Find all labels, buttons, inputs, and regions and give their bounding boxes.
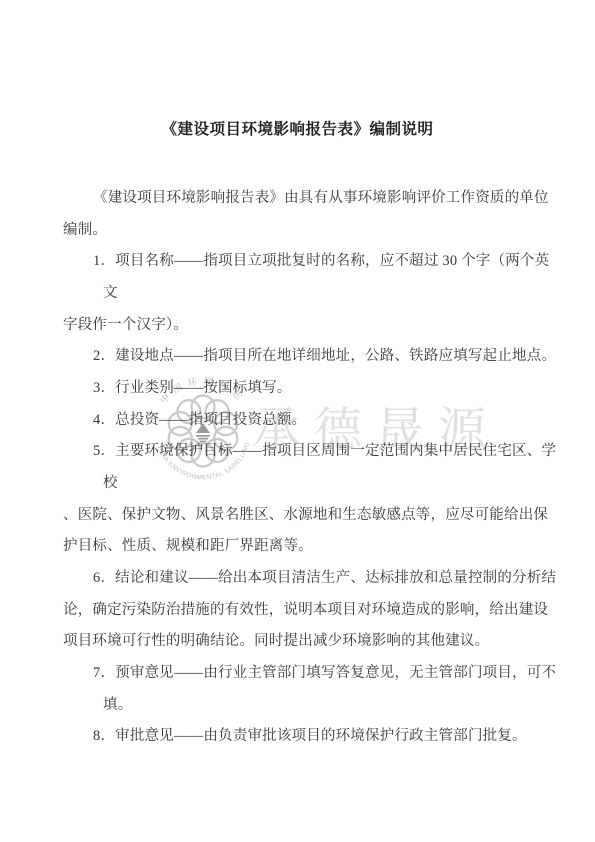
text-line: 填。 [63,690,533,722]
text-line: 论，确定污染防治措施的有效性，说明本项目对环境造成的影响，给出建设 [63,595,533,627]
text-line-item-8: 8．审批意见——由负责审批该项目的环境保护行政主管部门批复。 [63,721,533,753]
text-line: 校 [63,468,533,500]
text-line-item-6: 6．结论和建议——给出本项目清洁生产、达标排放和总量控制的分析结 [63,563,533,595]
text-line-item-1: 1．项目名称——指项目立项批复时的名称，应不超过 30 个字（两个英 [63,246,533,278]
text-line: 、医院、保护文物、风景名胜区、水源地和生态敏感点等，应尽可能给出保 [63,500,533,532]
text-line-item-2: 2．建设地点——指项目所在地详细地址，公路、铁路应填写起止地点。 [63,341,533,373]
text-line: 护目标、性质、规模和距厂界距离等。 [63,531,533,563]
text-line-item-3: 3．行业类别——按国标填写。 [63,373,533,405]
text-line: 《建设项目环境影响报告表》由具有从事环境影响评价工作资质的单位 [63,183,533,215]
text-line-item-7: 7．预审意见——由行业主管部门填写答复意见，无主管部门项目，可不 [63,658,533,690]
text-line-item-5: 5．主要环境保护目标——指项目区周围一定范围内集中居民住宅区、学 [63,436,533,468]
text-line: 项目环境可行性的明确结论。同时提出减少环境影响的其他建议。 [63,626,533,658]
document-page: 中国环境标志 CHINA ENVIRONMENTAL LABELLING 承德晟… [0,0,595,842]
text-line-item-4: 4．总投资——指项目投资总额。 [63,405,533,437]
document-body: 《建设项目环境影响报告表》由具有从事环境影响评价工作资质的单位 编制。 1．项目… [63,183,533,753]
text-line: 字段作一个汉字）。 [63,310,533,342]
text-line: 文 [63,278,533,310]
text-line: 编制。 [63,215,533,247]
text-layer: 《建设项目环境影响报告表》编制说明 《建设项目环境影响报告表》由具有从事环境影响… [0,0,595,842]
document-title: 《建设项目环境影响报告表》编制说明 [0,119,595,141]
